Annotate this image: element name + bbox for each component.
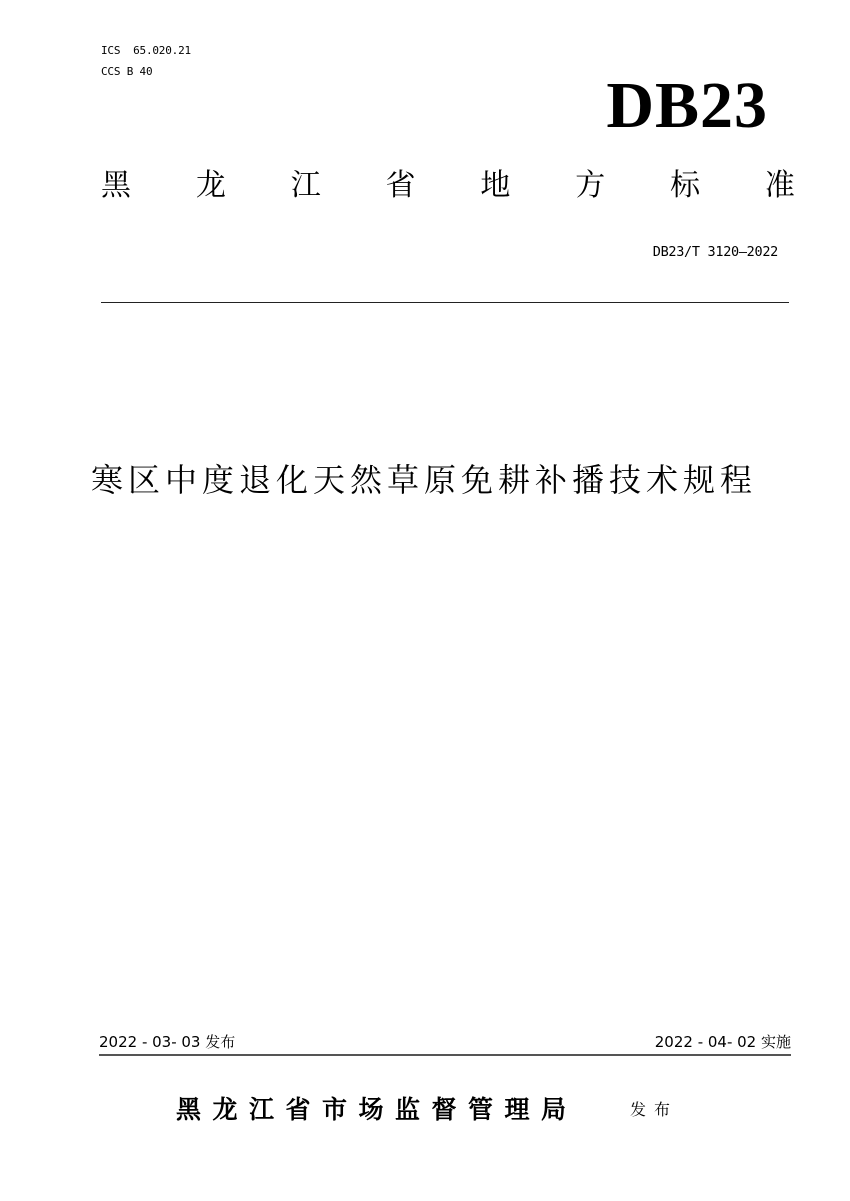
- effective-date: 2022 - 04- 02 实施: [655, 1032, 791, 1052]
- heading-char: 龙: [195, 166, 227, 206]
- heading-char: 黑: [100, 166, 132, 206]
- heading-char: 准: [764, 166, 796, 206]
- ccs-code: CCS B 40: [101, 65, 152, 78]
- publisher-name: 黑龙江省市场监督管理局: [176, 1093, 578, 1127]
- heading-char: 标: [669, 166, 701, 206]
- header-divider: [101, 302, 789, 303]
- standard-logo: DB23: [556, 70, 768, 142]
- standard-category-heading: 黑 龙 江 省 地 方 标 准: [100, 166, 796, 206]
- document-title: 寒区中度退化天然草原免耕补播技术规程: [91, 458, 771, 502]
- heading-char: 省: [385, 166, 417, 206]
- standard-number: DB23/T 3120—2022: [560, 243, 778, 261]
- footer-divider: [99, 1054, 791, 1056]
- ics-code: ICS 65.020.21: [101, 44, 191, 57]
- publish-date: 2022 - 03- 03 发布: [99, 1032, 235, 1052]
- heading-char: 地: [479, 166, 511, 206]
- publisher-suffix: 发布: [630, 1099, 678, 1121]
- heading-char: 江: [290, 166, 322, 206]
- heading-char: 方: [574, 166, 606, 206]
